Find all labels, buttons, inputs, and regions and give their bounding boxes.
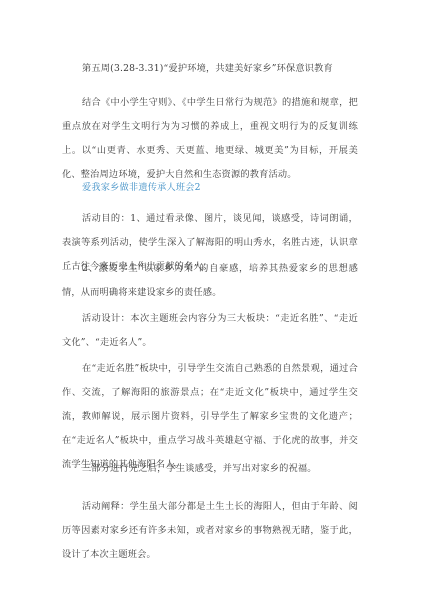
document-page: 第五周(3.28-3.31)“爱护环境，共建美好家乡”环保意识教育 结合《中小学… [0,0,423,600]
paragraph-activity-explanation: 活动阐释：学生虽大部分都是土生土长的海阳人，但由于年龄、阅历等因素对家乡还有许多… [62,495,358,567]
section-heading: 爱我家乡做非遗传承人班会2 [82,181,201,195]
week-title: 第五周(3.28-3.31)“爱护环境，共建美好家乡”环保意识教育 [82,62,333,76]
week-body-paragraph: 结合《中小学生守则》、《中学生日常行为规范》的措施和规章，把重点放在对学生文明行… [62,91,358,187]
paragraph-activity-design: 活动设计：本次主题班会内容分为三大板块：“走近名胜”、“走近文化”、“走近名人”… [62,307,358,355]
paragraph-activity-goal-2: 2、激发学生“以家乡为荣”的自豪感，培养其热爱家乡的思想感情，从而明确将来建设家… [62,257,358,305]
paragraph-conclusion: 三部分进行完之后，学生谈感受，并写出对家乡的祝福。 [62,457,358,481]
